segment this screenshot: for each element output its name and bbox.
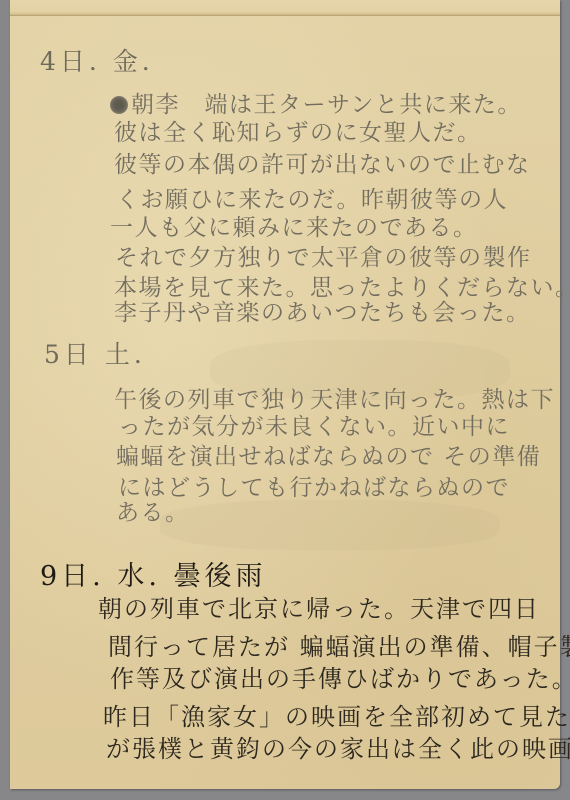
entry-line-text: 朝李 端は王ターサンと共に来た。 (131, 92, 522, 118)
notebook-binding-strip (10, 0, 560, 16)
entry-line: 一人も父に頼みに来たのである。 (110, 215, 478, 241)
entry-line: 彼は全く恥知らずのに女聖人だ。 (114, 120, 482, 146)
entry-line: 本場を見て来た。思ったよりくだらない。 (114, 275, 570, 301)
entry-line: それで夕方独りで太平倉の彼等の製作 (115, 245, 532, 271)
entry-line: が張樸と黄鈞の今の家出は全く此の映画 (106, 736, 570, 762)
diary-page: 4日. 金. 朝李 端は王ターサンと共に来た。 彼は全く恥知らずのに女聖人だ。 … (10, 0, 560, 789)
entry-line: 朝の列車で北京に帰った。天津で四日 (98, 596, 540, 622)
entry-line: 朝李 端は王ターサンと共に来た。 (110, 92, 522, 118)
entry-line: くお願ひに来たのだ。昨朝彼等の人 (116, 187, 508, 213)
entry-line: にはどうしても行かねばならぬので (118, 475, 510, 501)
show-through-smudge (160, 500, 500, 550)
entry-line: 彼等の本偶の許可が出ないので止むな (114, 152, 531, 178)
entry-date-heading: 5日 土. (44, 341, 146, 369)
entry-line: 作等及び演出の手傳ひばかりであった。 (110, 666, 570, 692)
entry-line: 間行って居たが 蝙蝠演出の準備、帽子製 (108, 634, 570, 660)
entry-line: ったが気分が未良くない。近い中に (118, 414, 510, 440)
entry-line: 李子丹や音楽のあいつたちも会った。 (114, 300, 531, 326)
entry-line: 昨日「漁家女」の映画を全部初めて見た (103, 704, 570, 730)
entry-line: ある。 (116, 500, 190, 526)
entry-date-heading: 4日. 金. (40, 48, 154, 76)
entry-line: 蝙蝠を演出せねばならぬので その準備 (116, 444, 541, 470)
entry-date-heading: 9日. 水. 曇後雨 (40, 563, 267, 591)
scribble-mark-icon (110, 96, 128, 114)
entry-line: 午後の列車で独り天津に向った。熱は下 (114, 387, 555, 413)
